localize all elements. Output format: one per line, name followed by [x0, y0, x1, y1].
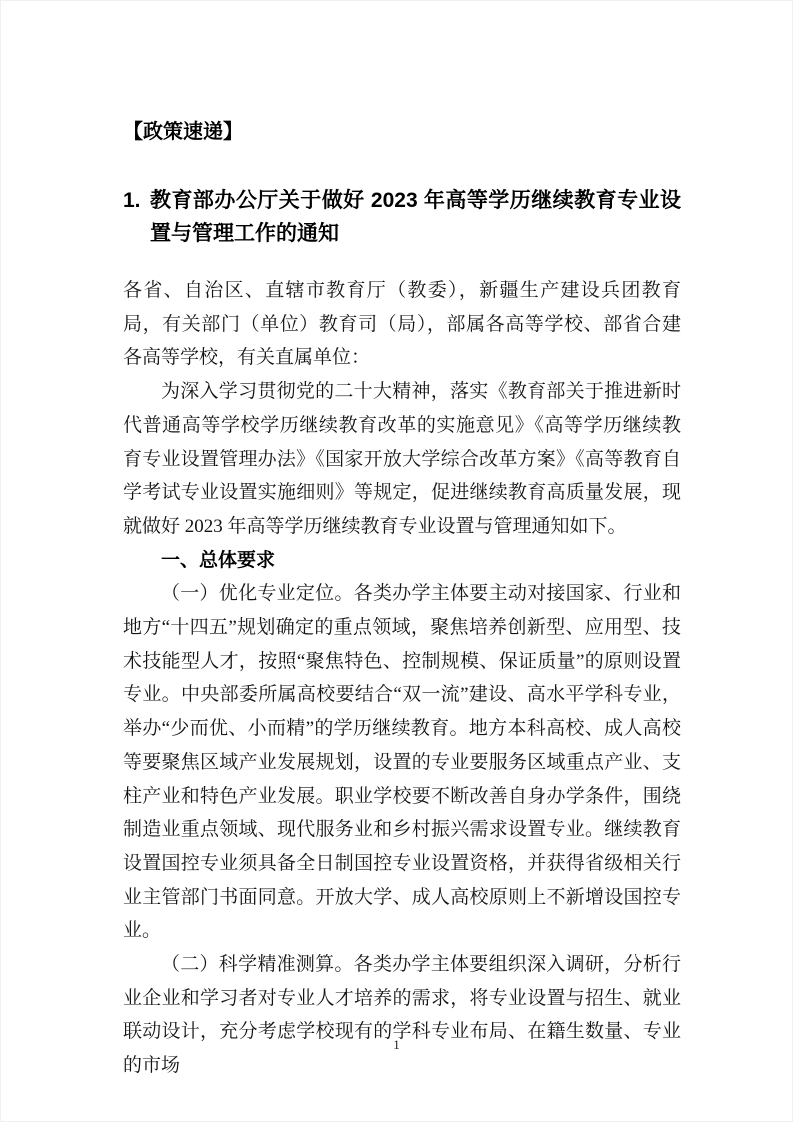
section-heading-general-requirements: 一、总体要求 — [123, 544, 681, 578]
paragraph-scientific-calculation: （二）科学精准测算。各类办学主体要组织深入调研，分析行业企业和学习者对专业人才培… — [123, 948, 681, 1083]
document-content: 【政策速递】 1. 教育部办公厅关于做好 2023 年高等学历继续教育专业设置与… — [123, 119, 681, 1083]
article-title-text: 教育部办公厅关于做好 2023 年高等学历继续教育专业设置与管理工作的通知 — [150, 184, 681, 250]
section-label: 【政策速递】 — [123, 119, 681, 145]
article-title: 1. 教育部办公厅关于做好 2023 年高等学历继续教育专业设置与管理工作的通知 — [123, 184, 681, 250]
paragraph-optimize-positioning: （一）优化专业定位。各类办学主体要主动对接国家、行业和地方“十四五”规划确定的重… — [123, 577, 681, 948]
salutation-paragraph: 各省、自治区、直辖市教育厅（教委），新疆生产建设兵团教育局，有关部门（单位）教育… — [123, 274, 681, 375]
page-number: 1 — [1, 1037, 792, 1053]
article-title-number: 1. — [123, 184, 150, 250]
intro-paragraph: 为深入学习贯彻党的二十大精神，落实《教育部关于推进新时代普通高等学校学历继续教育… — [123, 375, 681, 544]
document-page: 【政策速递】 1. 教育部办公厅关于做好 2023 年高等学历继续教育专业设置与… — [0, 0, 793, 1122]
